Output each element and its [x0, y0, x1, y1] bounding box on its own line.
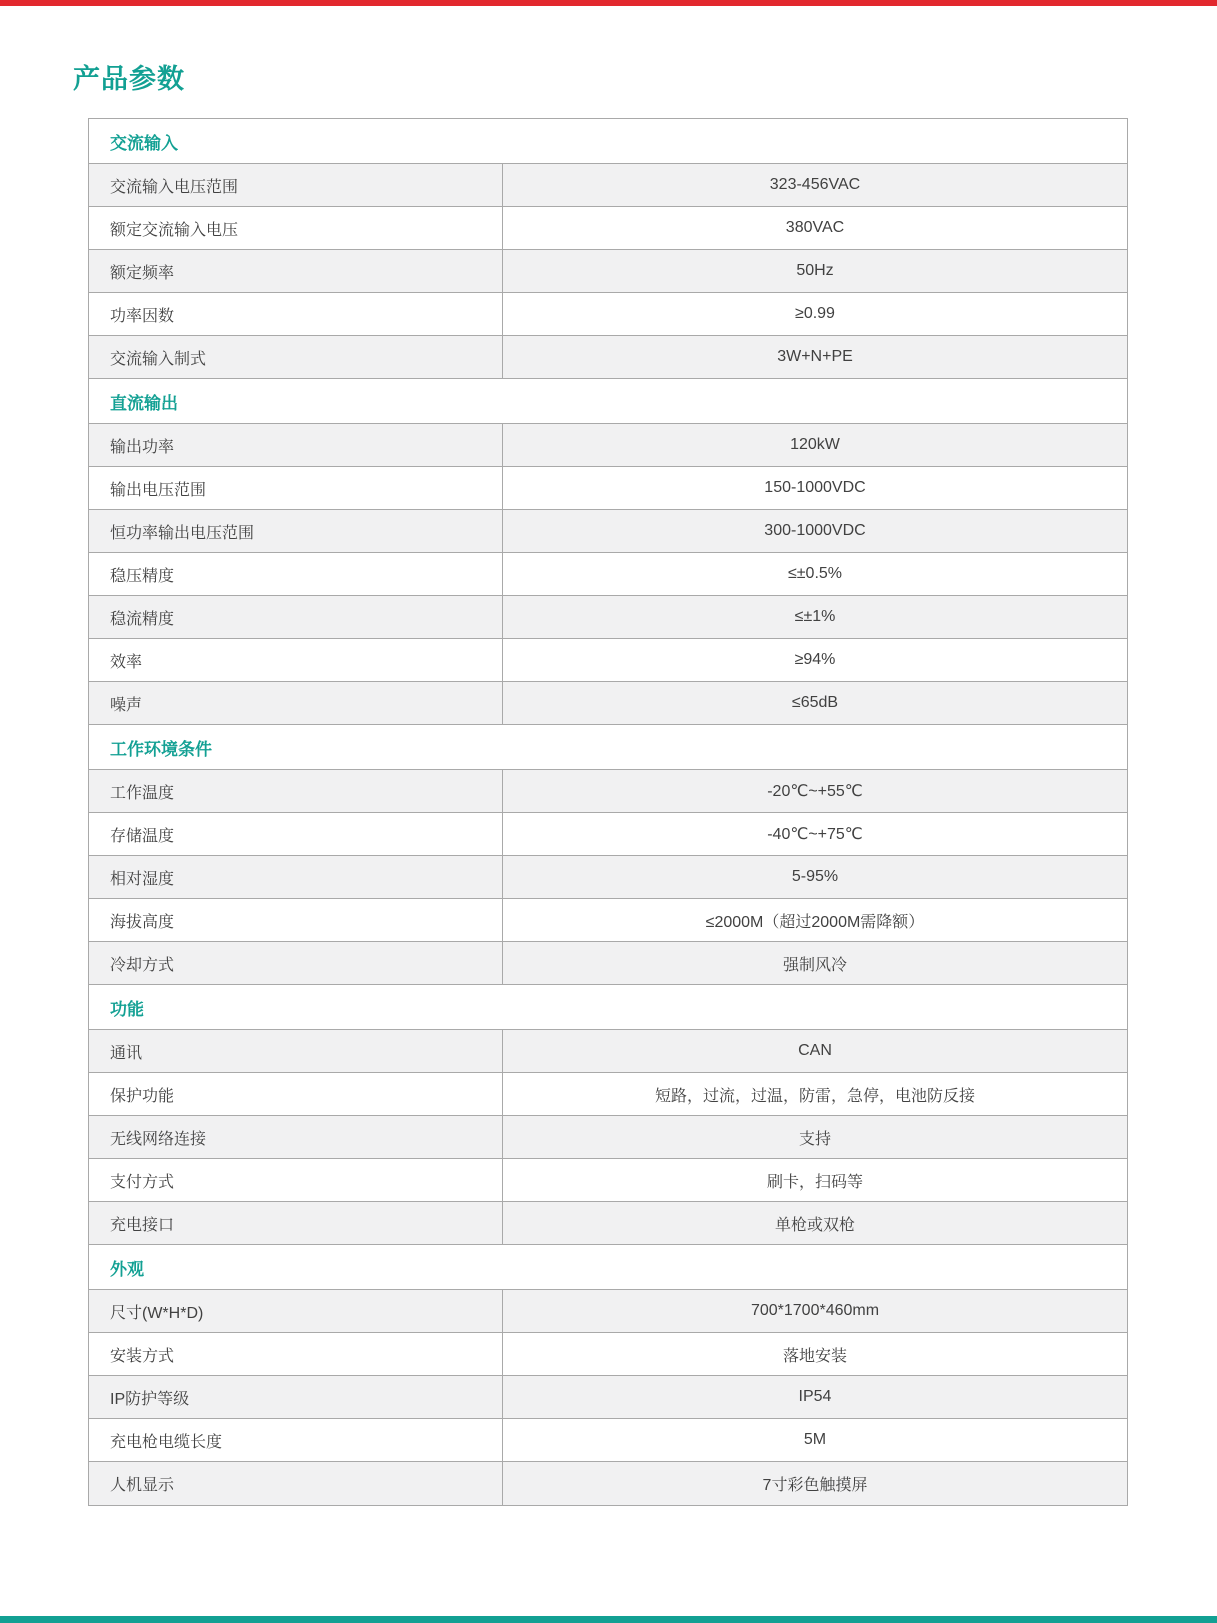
spec-label-cell: 充电枪电缆长度: [89, 1419, 503, 1461]
spec-value-cell: 323-456VAC: [503, 164, 1127, 206]
spec-label-cell: 功率因数: [89, 293, 503, 335]
spec-label-cell: 存储温度: [89, 813, 503, 855]
spec-label-cell: IP防护等级: [89, 1376, 503, 1418]
spec-label-cell: 恒功率输出电压范围: [89, 510, 503, 552]
section-header-label: 工作环境条件: [110, 735, 212, 760]
spec-label-cell: 支付方式: [89, 1159, 503, 1201]
spec-row: 交流输入制式3W+N+PE: [89, 336, 1127, 379]
spec-row: 充电枪电缆长度5M: [89, 1419, 1127, 1462]
spec-label-cell: 交流输入电压范围: [89, 164, 503, 206]
spec-label-cell: 相对湿度: [89, 856, 503, 898]
spec-row: 效率≥94%: [89, 639, 1127, 682]
spec-row: 工作温度-20℃~+55℃: [89, 770, 1127, 813]
spec-row: 安装方式落地安装: [89, 1333, 1127, 1376]
spec-label-cell: 充电接口: [89, 1202, 503, 1244]
spec-row: 相对湿度5-95%: [89, 856, 1127, 899]
top-accent-bar: [0, 0, 1217, 6]
spec-value-cell: 5-95%: [503, 856, 1127, 898]
spec-value-cell: IP54: [503, 1376, 1127, 1418]
spec-row: 保护功能短路，过流，过温，防雷，急停，电池防反接: [89, 1073, 1127, 1116]
section-header-row: 外观: [89, 1245, 1127, 1290]
spec-value-cell: 7寸彩色触摸屏: [503, 1462, 1127, 1505]
spec-label-cell: 安装方式: [89, 1333, 503, 1375]
section-header-label: 直流输出: [110, 389, 178, 414]
spec-value-cell: ≤65dB: [503, 682, 1127, 724]
spec-row: 海拔高度≤2000M（超过2000M需降额）: [89, 899, 1127, 942]
spec-row: 输出电压范围150-1000VDC: [89, 467, 1127, 510]
spec-value-cell: 落地安装: [503, 1333, 1127, 1375]
spec-row: 功率因数≥0.99: [89, 293, 1127, 336]
spec-row: 交流输入电压范围323-456VAC: [89, 164, 1127, 207]
spec-value-cell: 支持: [503, 1116, 1127, 1158]
spec-value-cell: 120kW: [503, 424, 1127, 466]
spec-label-cell: 额定频率: [89, 250, 503, 292]
spec-value-cell: 单枪或双枪: [503, 1202, 1127, 1244]
spec-value-cell: 刷卡，扫码等: [503, 1159, 1127, 1201]
spec-label-cell: 通讯: [89, 1030, 503, 1072]
section-header-label: 交流输入: [110, 129, 178, 154]
spec-label-cell: 输出电压范围: [89, 467, 503, 509]
spec-label-cell: 冷却方式: [89, 942, 503, 984]
spec-value-cell: ≥0.99: [503, 293, 1127, 335]
spec-row: 尺寸(W*H*D)700*1700*460mm: [89, 1290, 1127, 1333]
spec-row: 稳压精度≤±0.5%: [89, 553, 1127, 596]
section-header-label: 功能: [110, 995, 144, 1020]
section-header-row: 功能: [89, 985, 1127, 1030]
spec-label-cell: 效率: [89, 639, 503, 681]
spec-row: 稳流精度≤±1%: [89, 596, 1127, 639]
spec-label-cell: 保护功能: [89, 1073, 503, 1115]
spec-row: 人机显示7寸彩色触摸屏: [89, 1462, 1127, 1505]
spec-value-cell: CAN: [503, 1030, 1127, 1072]
spec-value-cell: 50Hz: [503, 250, 1127, 292]
spec-value-cell: 5M: [503, 1419, 1127, 1461]
spec-row: 无线网络连接支持: [89, 1116, 1127, 1159]
spec-row: 冷却方式强制风冷: [89, 942, 1127, 985]
spec-table: 交流输入交流输入电压范围323-456VAC额定交流输入电压380VAC额定频率…: [88, 118, 1128, 1506]
spec-value-cell: ≥94%: [503, 639, 1127, 681]
spec-value-cell: -20℃~+55℃: [503, 770, 1127, 812]
spec-value-cell: 强制风冷: [503, 942, 1127, 984]
spec-value-cell: ≤±0.5%: [503, 553, 1127, 595]
spec-value-cell: ≤±1%: [503, 596, 1127, 638]
section-header-label: 外观: [110, 1255, 144, 1280]
spec-label-cell: 噪声: [89, 682, 503, 724]
spec-label-cell: 无线网络连接: [89, 1116, 503, 1158]
spec-row: IP防护等级IP54: [89, 1376, 1127, 1419]
spec-row: 额定频率50Hz: [89, 250, 1127, 293]
spec-row: 充电接口单枪或双枪: [89, 1202, 1127, 1245]
spec-value-cell: 150-1000VDC: [503, 467, 1127, 509]
spec-label-cell: 交流输入制式: [89, 336, 503, 378]
spec-row: 存储温度-40℃~+75℃: [89, 813, 1127, 856]
section-header-row: 交流输入: [89, 119, 1127, 164]
spec-value-cell: ≤2000M（超过2000M需降额）: [503, 899, 1127, 941]
spec-label-cell: 稳压精度: [89, 553, 503, 595]
page-title: 产品参数: [73, 57, 185, 96]
spec-label-cell: 额定交流输入电压: [89, 207, 503, 249]
spec-value-cell: 700*1700*460mm: [503, 1290, 1127, 1332]
spec-row: 输出功率120kW: [89, 424, 1127, 467]
section-header-row: 直流输出: [89, 379, 1127, 424]
spec-row: 恒功率输出电压范围300-1000VDC: [89, 510, 1127, 553]
bottom-accent-bar: [0, 1616, 1217, 1623]
spec-label-cell: 工作温度: [89, 770, 503, 812]
spec-label-cell: 尺寸(W*H*D): [89, 1290, 503, 1332]
spec-value-cell: -40℃~+75℃: [503, 813, 1127, 855]
spec-row: 支付方式刷卡，扫码等: [89, 1159, 1127, 1202]
section-header-row: 工作环境条件: [89, 725, 1127, 770]
spec-value-cell: 短路，过流，过温，防雷，急停，电池防反接: [503, 1073, 1127, 1115]
spec-row: 噪声≤65dB: [89, 682, 1127, 725]
spec-value-cell: 300-1000VDC: [503, 510, 1127, 552]
spec-row: 额定交流输入电压380VAC: [89, 207, 1127, 250]
spec-label-cell: 人机显示: [89, 1462, 503, 1505]
spec-label-cell: 海拔高度: [89, 899, 503, 941]
spec-label-cell: 稳流精度: [89, 596, 503, 638]
spec-value-cell: 3W+N+PE: [503, 336, 1127, 378]
product-spec-page: { "page": { "title": "产品参数" }, "theme": …: [0, 0, 1217, 1623]
spec-value-cell: 380VAC: [503, 207, 1127, 249]
spec-row: 通讯CAN: [89, 1030, 1127, 1073]
spec-label-cell: 输出功率: [89, 424, 503, 466]
